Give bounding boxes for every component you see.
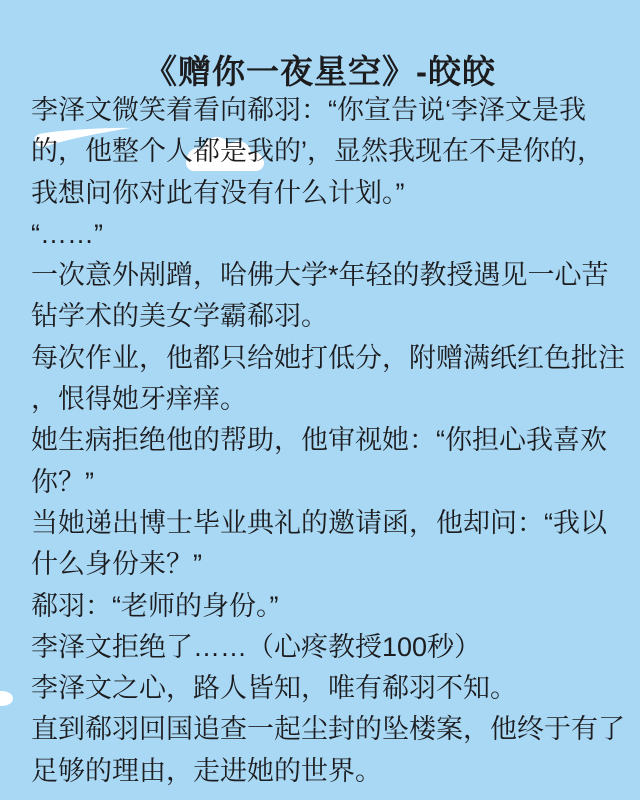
novel-intro-card: { "theme": { "background": "#a9d8f5", "t… <box>0 0 640 800</box>
text-line: 一次意外剐蹭，哈佛大学*年轻的教授遇见一心苦 <box>31 255 622 296</box>
synopsis: 李泽文微笑着看向郗羽：“你宣告说‘李泽文是我的，他整个人都是我的’，显然我现在不… <box>31 90 622 792</box>
text-line: 郗羽：“老师的身份。” <box>31 586 622 627</box>
text-line: 李泽文微笑着看向郗羽：“你宣告说‘李泽文是我 <box>31 90 622 131</box>
text-line: 她生病拒绝他的帮助，他审视她：“你担心我喜欢 <box>31 420 622 461</box>
text-line: 什么身份来？” <box>31 544 622 585</box>
text-line: ，恨得她牙痒痒。 <box>31 379 622 420</box>
text-line: 每次作业，他都只给她打低分，附赠满纸红色批注 <box>31 338 622 379</box>
text-line: 你？” <box>31 462 622 503</box>
text-line: 的，他整个人都是我的’，显然我现在不是你的， <box>31 131 622 172</box>
cloud-dot-icon <box>0 691 13 706</box>
text-line: 钻学术的美女学霸郗羽。 <box>31 296 622 337</box>
text-line: 当她递出博士毕业典礼的邀请函，他却问：“我以 <box>31 503 622 544</box>
text-line: 直到郗羽回国追查一起尘封的坠楼案，他终于有了 <box>31 709 622 750</box>
text-line: 足够的理由，走进她的世界。 <box>31 751 622 792</box>
text-line: 我想问你对此有没有什么计划。” <box>31 173 622 214</box>
text-line: 李泽文之心，路人皆知，唯有郗羽不知。 <box>31 668 622 709</box>
text-line: “……” <box>31 214 622 255</box>
book-title: 《赠你一夜星空》-皎皎 <box>0 46 640 93</box>
text-line: 李泽文拒绝了……（心疼教授100秒） <box>31 627 622 668</box>
